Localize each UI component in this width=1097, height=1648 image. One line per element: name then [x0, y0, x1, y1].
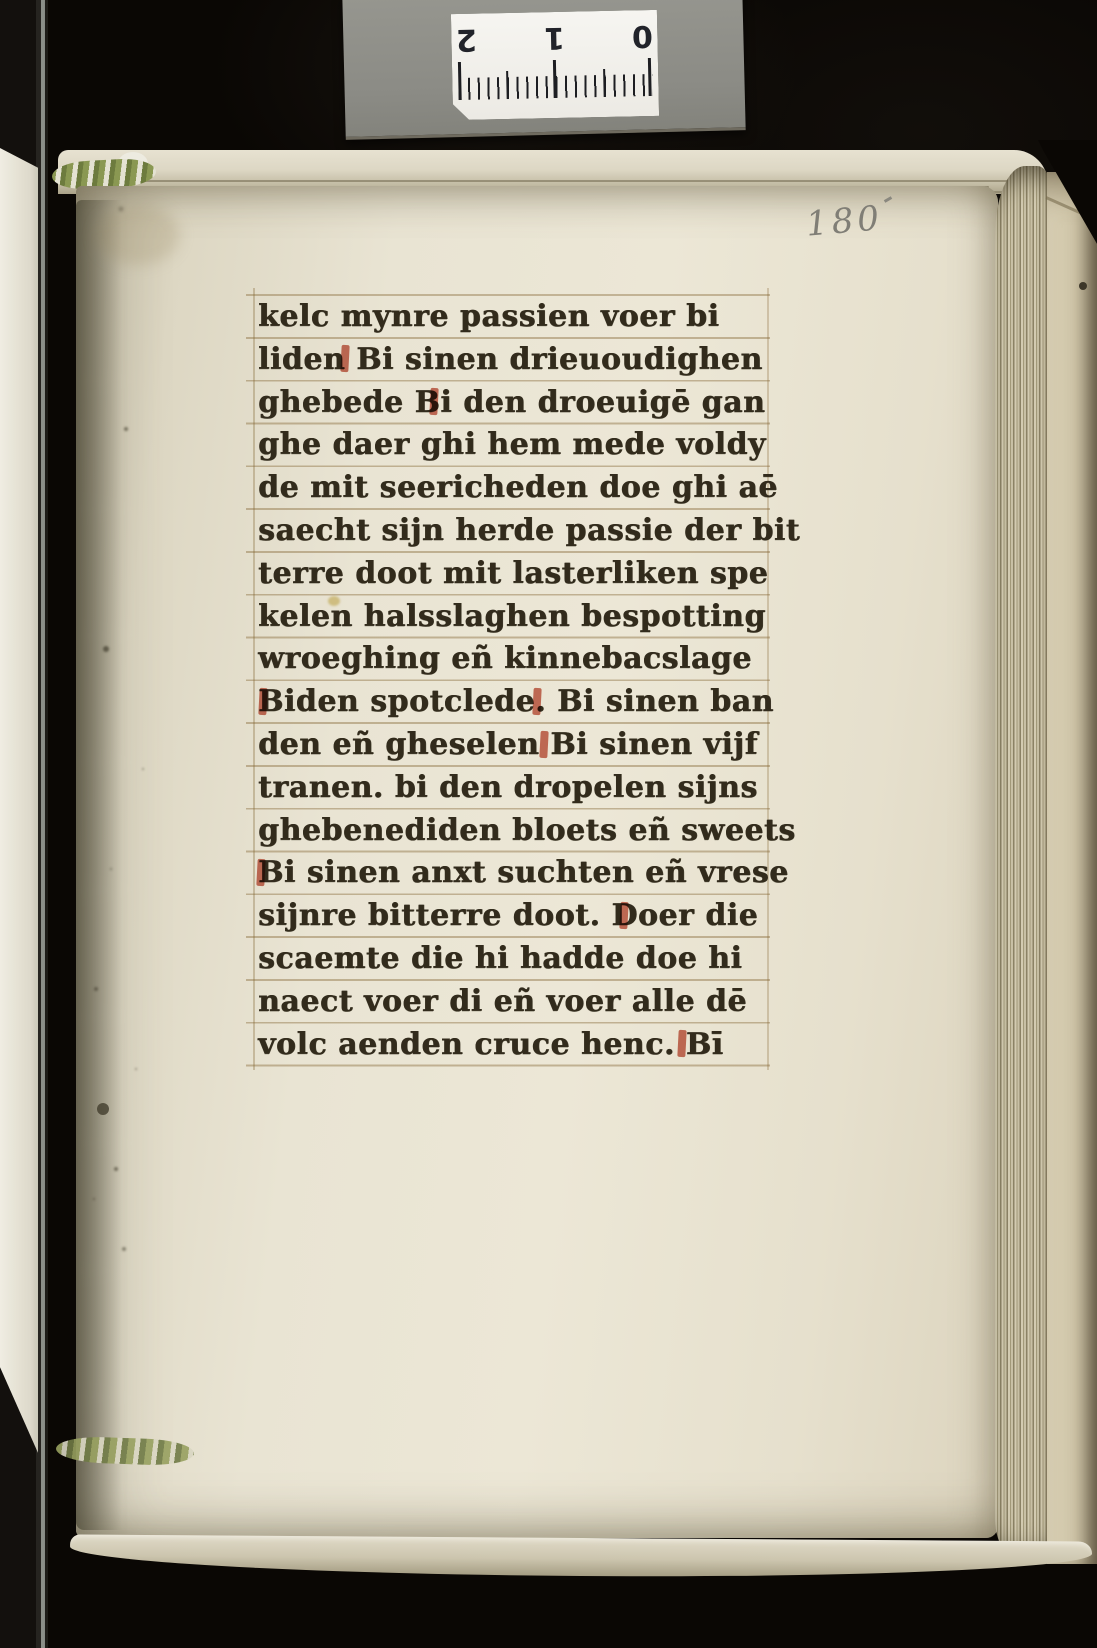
- text-line: ghebenediden bloets eñ sweets: [258, 810, 763, 853]
- gutter-shadow: [76, 200, 122, 1530]
- cover-speck: [1079, 282, 1087, 290]
- text-line: saecht sijn herde passie der bit: [258, 510, 763, 553]
- text-line: liden Bi sinen drieuoudighen: [258, 339, 763, 382]
- ruler-numbers: 2 1 0: [451, 18, 658, 56]
- ruler-label-2: 2: [451, 22, 482, 58]
- text-line: scaemte die hi hadde doe hi: [258, 938, 763, 981]
- rubrication-mark: [539, 731, 548, 758]
- back-cover-edge: [1047, 172, 1097, 1564]
- ruler-label-0: 0: [627, 18, 658, 54]
- text-line: terre doot mit lasterliken spe: [258, 553, 763, 596]
- text-line: volc aenden cruce henc. Bī: [258, 1024, 763, 1067]
- text-line: sijnre bitterre doot. Doer die: [258, 895, 763, 938]
- scale-ruler: 2 1 0: [451, 10, 659, 120]
- text-line: naect voer di eñ voer alle dē: [258, 981, 763, 1024]
- text-line: Bi sinen anxt suchten eñ vrese: [258, 852, 763, 895]
- text-line: de mit seericheden doe ghi aē: [258, 467, 763, 510]
- ruler-cm-tick: [553, 60, 556, 98]
- rubrication-mark: [258, 688, 267, 715]
- rubrication-mark: [256, 859, 265, 886]
- ruler-cm-tick: [458, 62, 461, 100]
- text-line: Biden spotclede. Bi sinen ban: [258, 681, 763, 724]
- ruler-label-1: 1: [539, 20, 570, 56]
- book-tail-edge: [70, 1534, 1092, 1579]
- fore-edge-leaves: [995, 166, 1049, 1558]
- text-block: kelc mynre passien voer bi liden Bi sine…: [258, 296, 763, 1066]
- leaf-seam: [78, 180, 1028, 182]
- text-line: den eñ gheselen Bi sinen vijf: [258, 724, 763, 767]
- ruling-margin-right: [767, 288, 769, 1070]
- ruler-half-tick: [506, 71, 509, 99]
- text-line: kelen halsslaghen bespotting: [258, 596, 763, 639]
- ruling-margin-left: [253, 288, 255, 1070]
- rubrication-mark: [532, 688, 541, 715]
- rubrication-mark: [677, 1030, 686, 1057]
- parchment-stain: [96, 205, 180, 265]
- rubrication-mark: [429, 388, 438, 415]
- glass-sheet-edge: [41, 0, 45, 1648]
- rubrication-mark: [340, 345, 349, 372]
- ruler-half-tick: [603, 69, 606, 97]
- margin-specks: [97, 1103, 109, 1115]
- rubrication-mark: [619, 902, 628, 929]
- text-line: tranen. bi den dropelen sijns: [258, 767, 763, 810]
- text-line: ghebede Bi den droeuigē gan: [258, 382, 763, 425]
- text-line: kelc mynre passien voer bi: [258, 296, 763, 339]
- photograph: 2 1 0 180 kelc mynre pa: [0, 0, 1097, 1648]
- text-line: wroeghing eñ kinnebacslage: [258, 638, 763, 681]
- text-line: ghe daer ghi hem mede voldy: [258, 424, 763, 467]
- ruler-ticks: [458, 58, 653, 102]
- ruler-cm-tick: [648, 58, 651, 96]
